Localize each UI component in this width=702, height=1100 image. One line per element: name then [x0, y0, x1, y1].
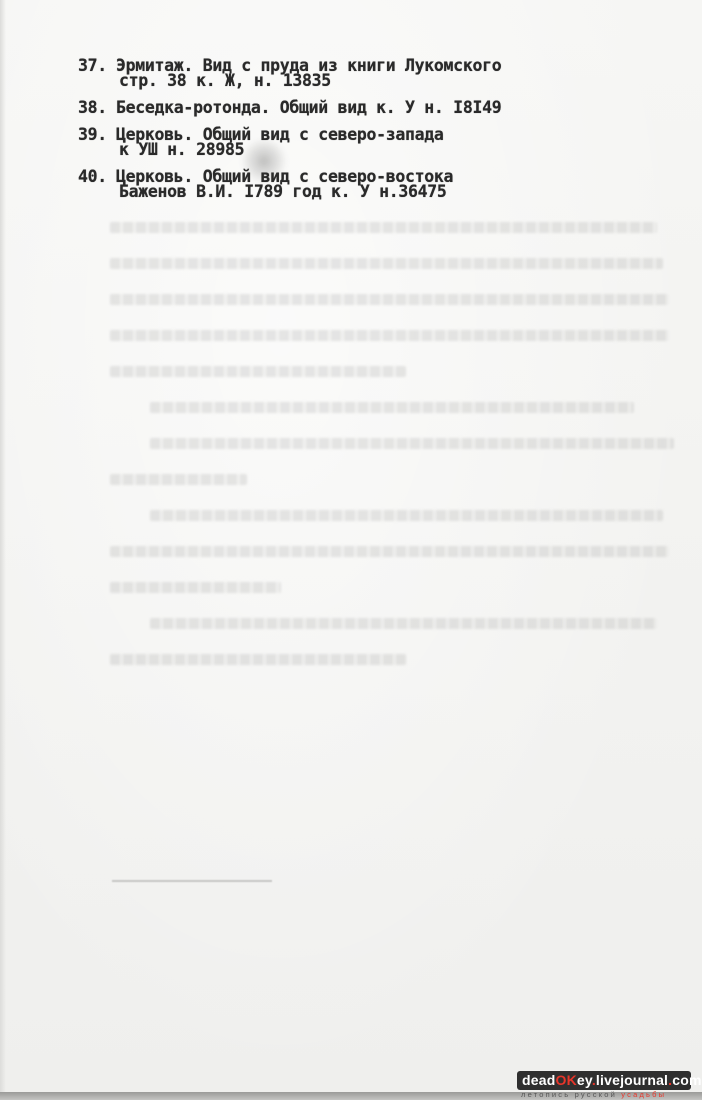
entry-number: 40. — [78, 169, 116, 199]
watermark: deadOKey.livejournal.com летопись русско… — [517, 1071, 691, 1099]
entry-line-2: стр. 38 к. Ж, н. 13835 — [116, 73, 501, 88]
watermark-site-name: deadOKey.livejournal.com — [517, 1071, 691, 1090]
wm-part: ey — [577, 1072, 592, 1088]
page-edge-shadow — [0, 0, 6, 1092]
wm-part-accent: OK — [555, 1072, 576, 1088]
catalog-entry: 40. Церковь. Общий вид с северо-востока … — [78, 169, 501, 199]
wm-part: livejournal — [596, 1072, 668, 1088]
scanned-page: 37. Эрмитаж. Вид с пруда из книги Лукомс… — [0, 0, 702, 1092]
entry-line-2: к УШ н. 28985 — [116, 142, 444, 157]
entry-number: 38. — [78, 100, 116, 115]
wm-part: com — [672, 1072, 701, 1088]
entry-number: 37. — [78, 58, 116, 88]
entry-line-2: Баженов В.И. I789 год к. У н.36475 — [116, 184, 453, 199]
entry-number: 39. — [78, 127, 116, 157]
catalog-entry-list: 37. Эрмитаж. Вид с пруда из книги Лукомс… — [78, 58, 501, 211]
watermark-subtitle: летопись русской усадьбы — [517, 1090, 691, 1099]
wm-subtitle-a: летопись русской — [521, 1090, 617, 1099]
catalog-entry: 37. Эрмитаж. Вид с пруда из книги Лукомс… — [78, 58, 501, 88]
entry-line-1: Беседка-ротонда. Общий вид к. У н. I8I49 — [116, 100, 501, 115]
faint-rule-line — [112, 880, 272, 882]
catalog-entry: 38. Беседка-ротонда. Общий вид к. У н. I… — [78, 100, 501, 115]
wm-subtitle-b: усадьбы — [621, 1090, 666, 1099]
wm-part: dead — [522, 1072, 555, 1088]
reverse-side-bleed-through — [110, 222, 680, 690]
catalog-entry: 39. Церковь. Общий вид с северо-запада к… — [78, 127, 501, 157]
